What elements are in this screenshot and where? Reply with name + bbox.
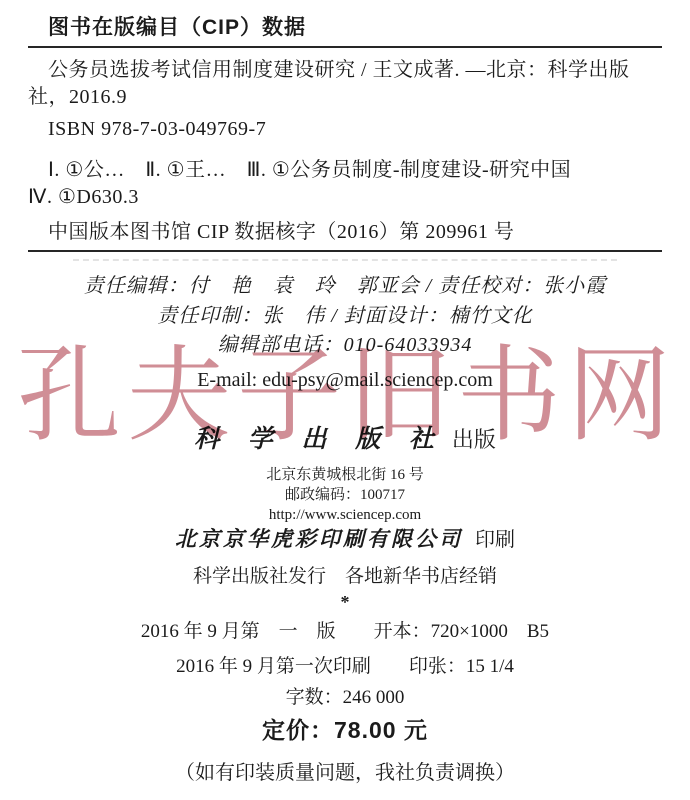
cip-entry-line1: 公务员选拔考试信用制度建设研究 / 王文成著. —北京：科学出版 <box>28 57 662 84</box>
email-line: E-mail: edu-psy@mail.sciencep.com <box>0 367 690 393</box>
heading-rule <box>28 46 662 48</box>
publisher-postcode: 邮政编码：100717 <box>0 485 690 505</box>
editors-line: 责任编辑：付 艳 袁 玲 郭亚会 / 责任校对：张小霞 <box>0 273 690 299</box>
cip-heading: 图书在版编目（CIP）数据 <box>28 0 662 41</box>
editorial-phone: 编辑部电话：010-64033934 <box>0 332 690 358</box>
publisher-line: 科 学 出 版 社 出版 <box>0 423 690 459</box>
edition-line: 2016 年 9 月第 一 版 开本：720×1000 B5 <box>0 619 690 644</box>
publisher-website: http://www.sciencep.com <box>0 505 690 525</box>
print-supervisor-line: 责任印制：张 伟 / 封面设计：楠竹文化 <box>0 303 690 329</box>
quality-notice: （如有印装质量问题，我社负责调换） <box>0 760 690 787</box>
imprint-section: 责任编辑：付 艳 袁 玲 郭亚会 / 责任校对：张小霞 责任印制：张 伟 / 封… <box>0 273 690 787</box>
printing-run-line: 2016 年 9 月第一次印刷 印张：15 1/4 <box>0 654 690 679</box>
classification-line2: Ⅳ. ①D630.3 <box>28 184 662 211</box>
printer-line: 北京京华虎彩印刷有限公司 印刷 <box>0 525 690 556</box>
copyright-page: 孔夫子旧书网 图书在版编目（CIP）数据 公务员选拔考试信用制度建设研究 / 王… <box>0 0 690 800</box>
publisher-logotype: 科 学 出 版 社 <box>194 424 444 453</box>
cip-entry-line2: 社，2016.9 <box>28 84 662 111</box>
price-line: 定价：78.00 元 <box>0 715 690 745</box>
isbn-line: ISBN 978-7-03-049769-7 <box>28 116 662 143</box>
section-rule <box>28 250 662 252</box>
publisher-role-label: 出版 <box>452 427 496 452</box>
cip-section: 图书在版编目（CIP）数据 公务员选拔考试信用制度建设研究 / 王文成著. —北… <box>28 0 662 261</box>
scan-artifact-line <box>73 259 617 261</box>
distribution-line: 科学出版社发行 各地新华书店经销 <box>0 564 690 589</box>
cip-record-number: 中国版本图书馆 CIP 数据核字（2016）第 209961 号 <box>28 219 662 246</box>
classification-line1: Ⅰ. ①公… Ⅱ. ①王… Ⅲ. ①公务员制度-制度建设-研究中国 <box>28 157 662 184</box>
printer-role-label: 印刷 <box>475 529 515 551</box>
word-count-line: 字数：246 000 <box>0 685 690 710</box>
divider-star: * <box>0 591 690 613</box>
printer-logotype: 北京京华虎彩印刷有限公司 <box>175 526 463 551</box>
publisher-address: 北京东黄城根北街 16 号 <box>0 465 690 485</box>
